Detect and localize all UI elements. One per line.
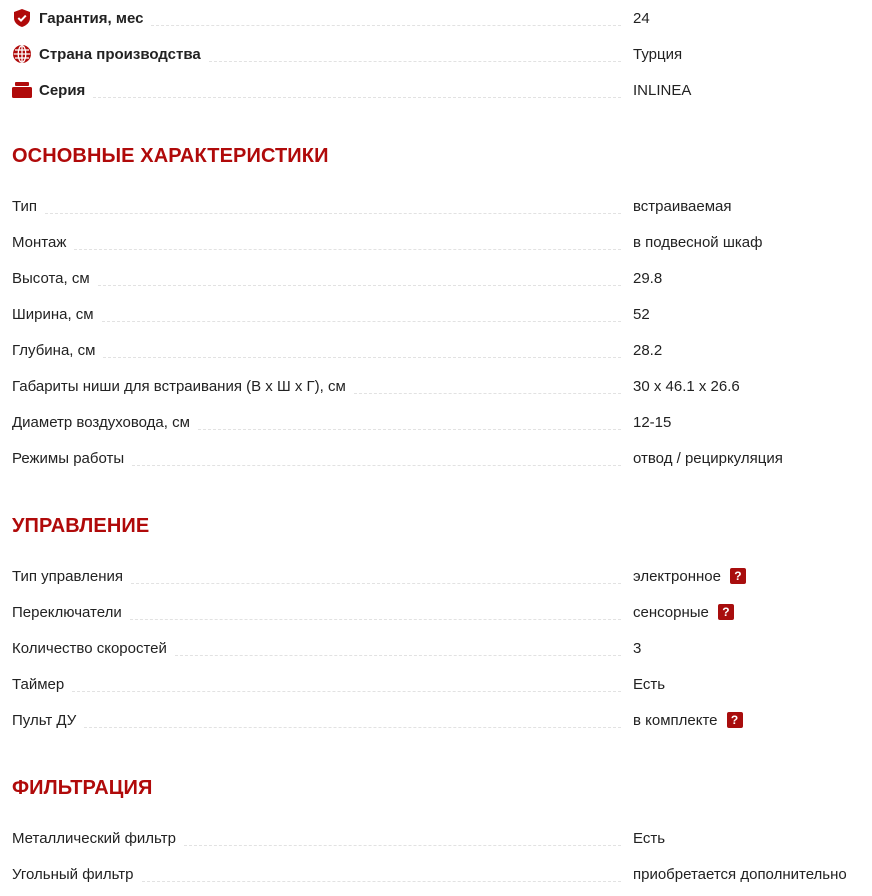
- spec-value: 30 x 46.1 x 26.6: [633, 378, 740, 395]
- top-specs: Гарантия, мес 24 Страна производства Тур…: [12, 0, 872, 108]
- spec-row: Тип управления электронное ?: [12, 558, 872, 594]
- spec-row: Тип встраиваемая: [12, 188, 872, 224]
- dotted-leader: [131, 583, 621, 584]
- dotted-leader: [103, 357, 621, 358]
- spec-row: Угольный фильтр приобретается дополнител…: [12, 856, 872, 892]
- spec-label: Диаметр воздуховода, см: [12, 414, 198, 431]
- dotted-leader: [184, 845, 621, 846]
- spec-row-country: Страна производства Турция: [12, 36, 872, 72]
- spec-value: 3: [633, 640, 641, 657]
- spec-row-series: Серия INLINEA: [12, 72, 872, 108]
- dotted-leader: [175, 655, 621, 656]
- dotted-leader: [198, 429, 621, 430]
- section-rows: Металлический фильтр Есть Угольный фильт…: [12, 820, 872, 892]
- dotted-leader: [354, 393, 621, 394]
- spec-label: Переключатели: [12, 604, 130, 621]
- spec-value: встраиваемая: [633, 198, 732, 215]
- section-title: ОСНОВНЫЕ ХАРАКТЕРИСТИКИ: [12, 138, 872, 174]
- spec-row: Пульт ДУ в комплекте ?: [12, 702, 872, 738]
- spec-label: Монтаж: [12, 234, 74, 251]
- spec-value: в подвесной шкаф: [633, 234, 762, 251]
- spec-section: ФИЛЬТРАЦИЯ Металлический фильтр Есть Уго…: [12, 770, 872, 892]
- spec-label: Металлический фильтр: [12, 830, 184, 847]
- spec-label: Таймер: [12, 676, 72, 693]
- spec-label: Режимы работы: [12, 450, 132, 467]
- spec-section: ОСНОВНЫЕ ХАРАКТЕРИСТИКИ Тип встраиваемая…: [12, 138, 872, 476]
- spec-label: Тип: [12, 198, 45, 215]
- spec-row: Таймер Есть: [12, 666, 872, 702]
- help-icon[interactable]: ?: [718, 604, 734, 620]
- spec-label: Высота, см: [12, 270, 98, 287]
- spec-label: Глубина, см: [12, 342, 103, 359]
- spec-label: Габариты ниши для встраивания (В х Ш х Г…: [12, 378, 354, 395]
- spec-value: 12-15: [633, 414, 671, 431]
- spec-row-warranty: Гарантия, мес 24: [12, 0, 872, 36]
- spec-row: Диаметр воздуховода, см 12-15: [12, 404, 872, 440]
- dotted-leader: [142, 881, 621, 882]
- spec-value: Турция: [621, 46, 682, 63]
- dotted-leader: [45, 213, 621, 214]
- spec-page: Гарантия, мес 24 Страна производства Тур…: [0, 0, 872, 892]
- spec-row: Габариты ниши для встраивания (В х Ш х Г…: [12, 368, 872, 404]
- spec-value: Есть: [633, 676, 665, 693]
- dotted-leader: [72, 691, 621, 692]
- spec-row: Режимы работы отвод / рециркуляция: [12, 440, 872, 476]
- spec-label: Тип управления: [12, 568, 131, 585]
- spec-value: INLINEA: [621, 82, 691, 99]
- spec-label: Пульт ДУ: [12, 712, 84, 729]
- series-box-icon: [12, 80, 32, 100]
- spec-row: Глубина, см 28.2: [12, 332, 872, 368]
- spec-label: Страна производства: [39, 46, 209, 63]
- spec-row: Ширина, см 52: [12, 296, 872, 332]
- spec-value: 28.2: [633, 342, 662, 359]
- spec-sections: ОСНОВНЫЕ ХАРАКТЕРИСТИКИ Тип встраиваемая…: [12, 138, 872, 892]
- spec-label: Гарантия, мес: [39, 10, 151, 27]
- spec-value: 24: [621, 10, 650, 27]
- dotted-leader: [74, 249, 621, 250]
- spec-row: Высота, см 29.8: [12, 260, 872, 296]
- dotted-leader: [102, 321, 621, 322]
- spec-value: 52: [633, 306, 650, 323]
- spec-section: УПРАВЛЕНИЕ Тип управления электронное ? …: [12, 508, 872, 738]
- spec-label: Угольный фильтр: [12, 866, 142, 883]
- section-rows: Тип встраиваемая Монтаж в подвесной шкаф…: [12, 188, 872, 476]
- spec-value: сенсорные: [633, 604, 709, 621]
- dotted-leader: [132, 465, 621, 466]
- globe-icon: [12, 44, 32, 64]
- section-title: ФИЛЬТРАЦИЯ: [12, 770, 872, 806]
- spec-label: Количество скоростей: [12, 640, 175, 657]
- dotted-leader: [98, 285, 621, 286]
- spec-value: 29.8: [633, 270, 662, 287]
- spec-label: Серия: [39, 82, 93, 99]
- spec-row: Количество скоростей 3: [12, 630, 872, 666]
- section-rows: Тип управления электронное ? Переключате…: [12, 558, 872, 738]
- dotted-leader: [84, 727, 621, 728]
- section-title: УПРАВЛЕНИЕ: [12, 508, 872, 544]
- spec-row: Переключатели сенсорные ?: [12, 594, 872, 630]
- spec-value: электронное: [633, 568, 721, 585]
- shield-check-icon: [12, 8, 32, 28]
- spec-value: Есть: [633, 830, 665, 847]
- spec-value: приобретается дополнительно: [633, 866, 847, 883]
- help-icon[interactable]: ?: [730, 568, 746, 584]
- spec-value: в комплекте: [633, 712, 718, 729]
- spec-value: отвод / рециркуляция: [633, 450, 783, 467]
- spec-row: Монтаж в подвесной шкаф: [12, 224, 872, 260]
- dotted-leader: [130, 619, 621, 620]
- spec-label: Ширина, см: [12, 306, 102, 323]
- spec-row: Металлический фильтр Есть: [12, 820, 872, 856]
- help-icon[interactable]: ?: [727, 712, 743, 728]
